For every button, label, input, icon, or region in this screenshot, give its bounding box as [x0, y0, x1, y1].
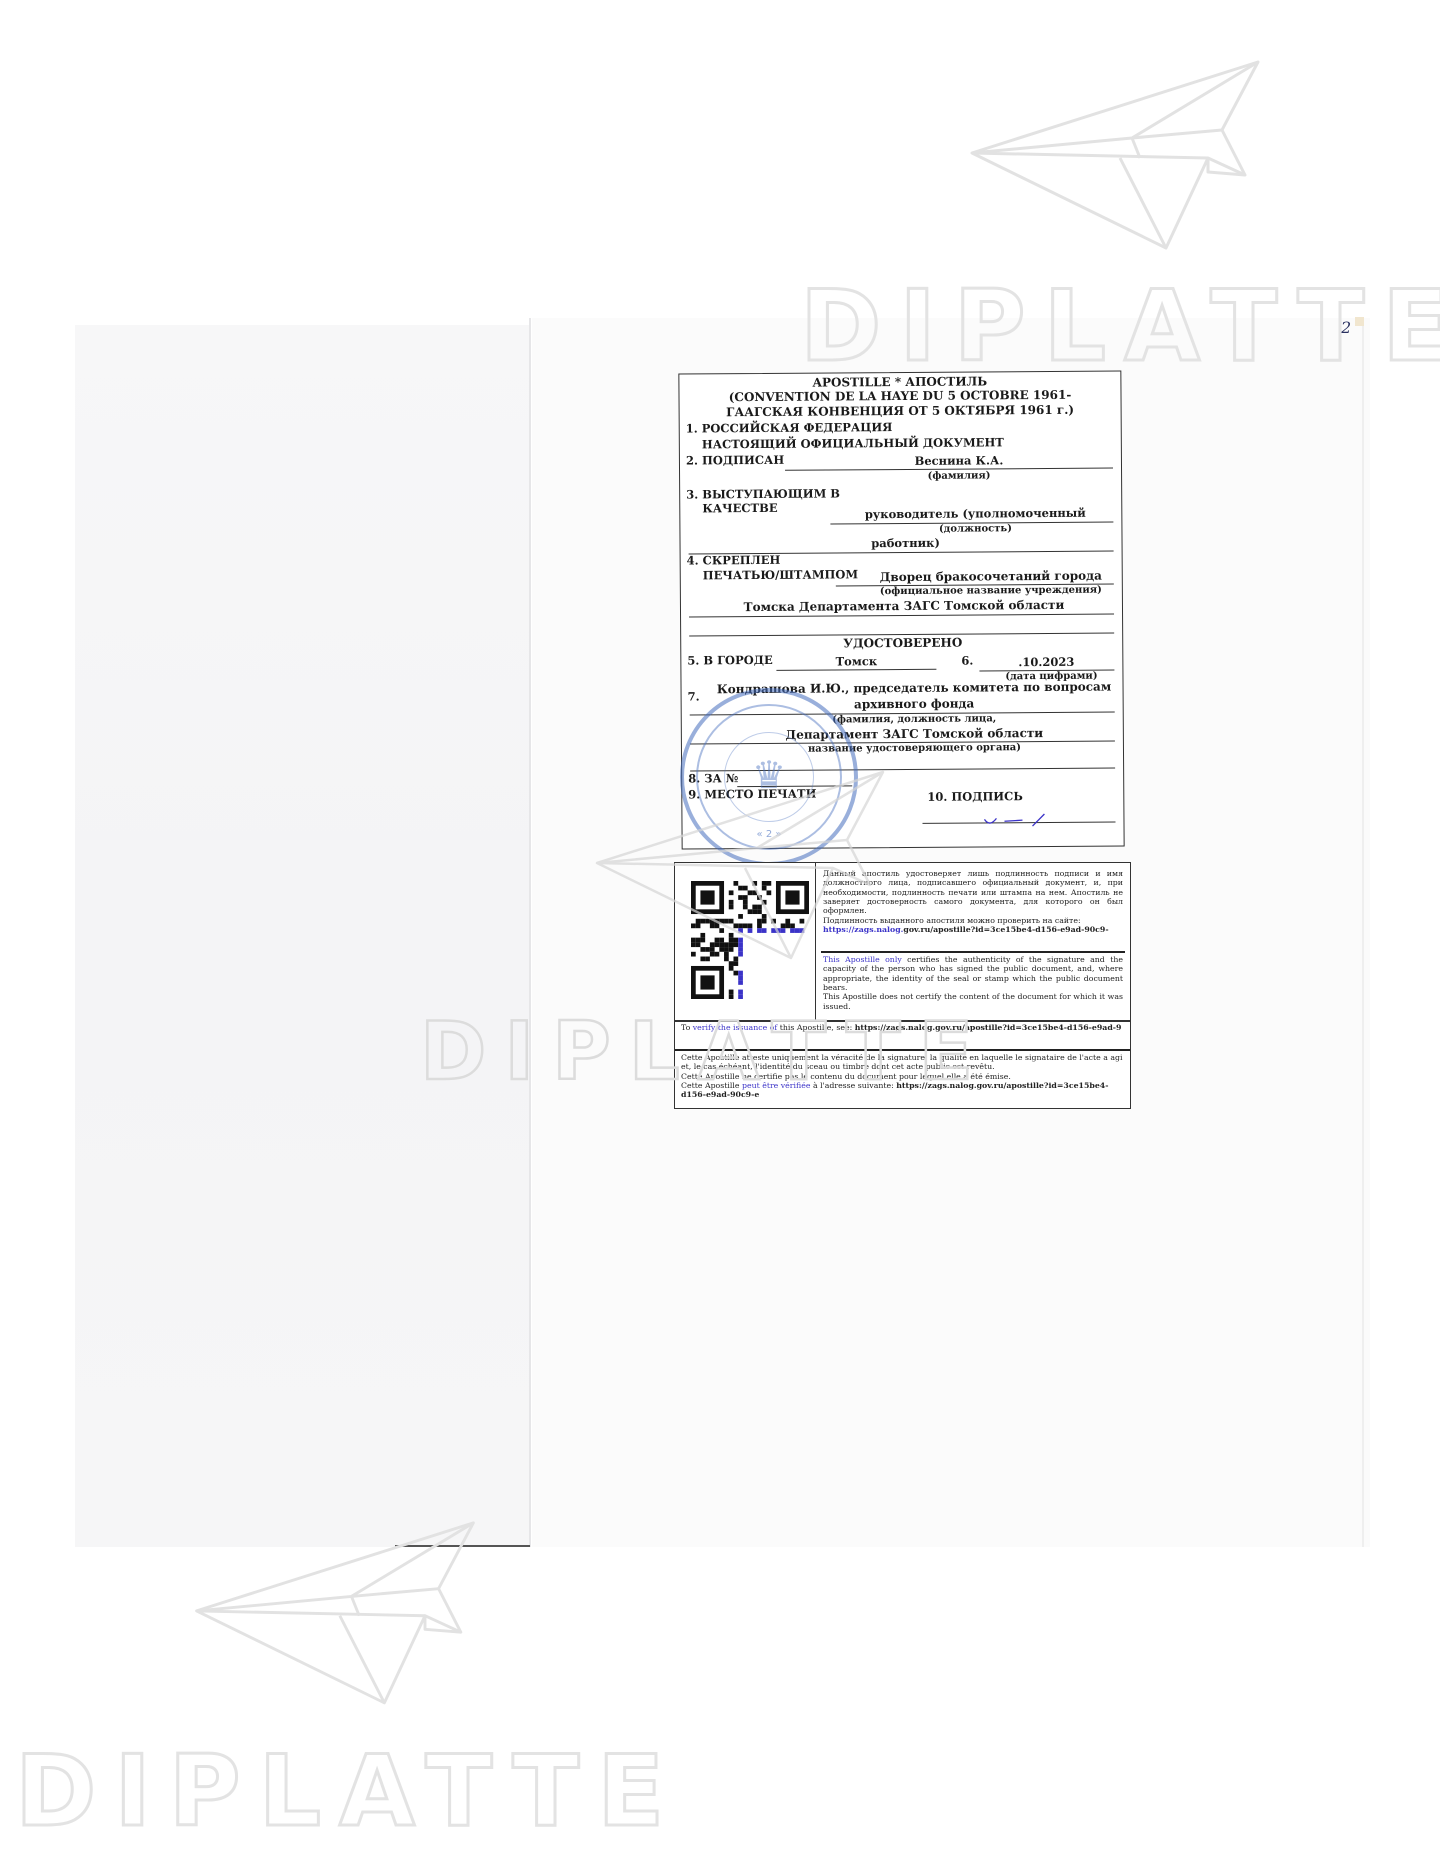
certified-heading: УДОСТОВЕРЕНО: [681, 634, 1124, 651]
ru-verify-link[interactable]: https://zags.nalog.: [823, 925, 903, 934]
page-fold-line: [529, 318, 531, 1547]
qr-code-icon[interactable]: [691, 881, 809, 999]
field3-label-b: КАЧЕСТВЕ: [702, 502, 777, 516]
diplatte-watermark-bottom: DIPLATTE: [15, 1735, 682, 1849]
field4-value-b: Томска Департамента ЗАГС Томской области: [689, 597, 1119, 614]
field1-label: 1. РОССИЙСКАЯ ФЕДЕРАЦИЯ: [686, 421, 893, 436]
field5-underline: [776, 669, 936, 671]
field4-hint: (официальное название учреждения): [861, 584, 1121, 598]
field2-hint: (фамилия): [800, 469, 1118, 483]
field2-label: 2. ПОДПИСАН: [686, 454, 784, 468]
field4-label-a: 4. СКРЕПЛЕН: [687, 554, 781, 568]
field4-value-a: Дворец бракосочетаний города: [861, 568, 1121, 584]
field6-label: 6.: [961, 654, 973, 668]
double-headed-eagle-icon: ♛: [752, 753, 786, 797]
diplatte-watermark-middle: DIPLATTE: [420, 1005, 991, 1098]
page-right-edge: [1362, 318, 1364, 1547]
paper-plane-icon: [960, 50, 1270, 250]
field5-value: Томск: [781, 655, 931, 670]
field3-value-b: работник): [770, 536, 1040, 552]
english-notice: This Apostille only certifies the authen…: [823, 955, 1123, 1011]
page-bottom-edge: [395, 1545, 530, 1547]
signature-icon: [982, 810, 1072, 829]
field3-hint: (должность): [840, 523, 1110, 537]
qr-cell: [675, 863, 816, 1021]
field1-sub: НАСТОЯЩИЙ ОФИЦИАЛЬНЫЙ ДОКУМЕНТ: [702, 436, 1004, 452]
diplatte-watermark-top: DIPLATTE: [800, 270, 1440, 384]
russian-notice: Данный апостиль удостоверяет лишь подлин…: [823, 869, 1123, 934]
seal-number: « 2 »: [757, 829, 782, 840]
field4-label-b: ПЕЧАТЬЮ/ШТАМПОМ: [703, 568, 858, 583]
field7-label: 7.: [688, 690, 700, 704]
ru-en-separator: [821, 951, 1125, 953]
field10-label: 10. ПОДПИСЬ: [927, 790, 1023, 804]
official-seal-stamp: ♛ « 2 »: [680, 688, 858, 866]
field5-label: 5. В ГОРОДЕ: [687, 654, 772, 668]
field6-value: .10.2023: [981, 656, 1111, 671]
scan-left-page: [75, 325, 530, 1547]
field3-value-a: руководитель (уполномоченный: [840, 507, 1110, 523]
